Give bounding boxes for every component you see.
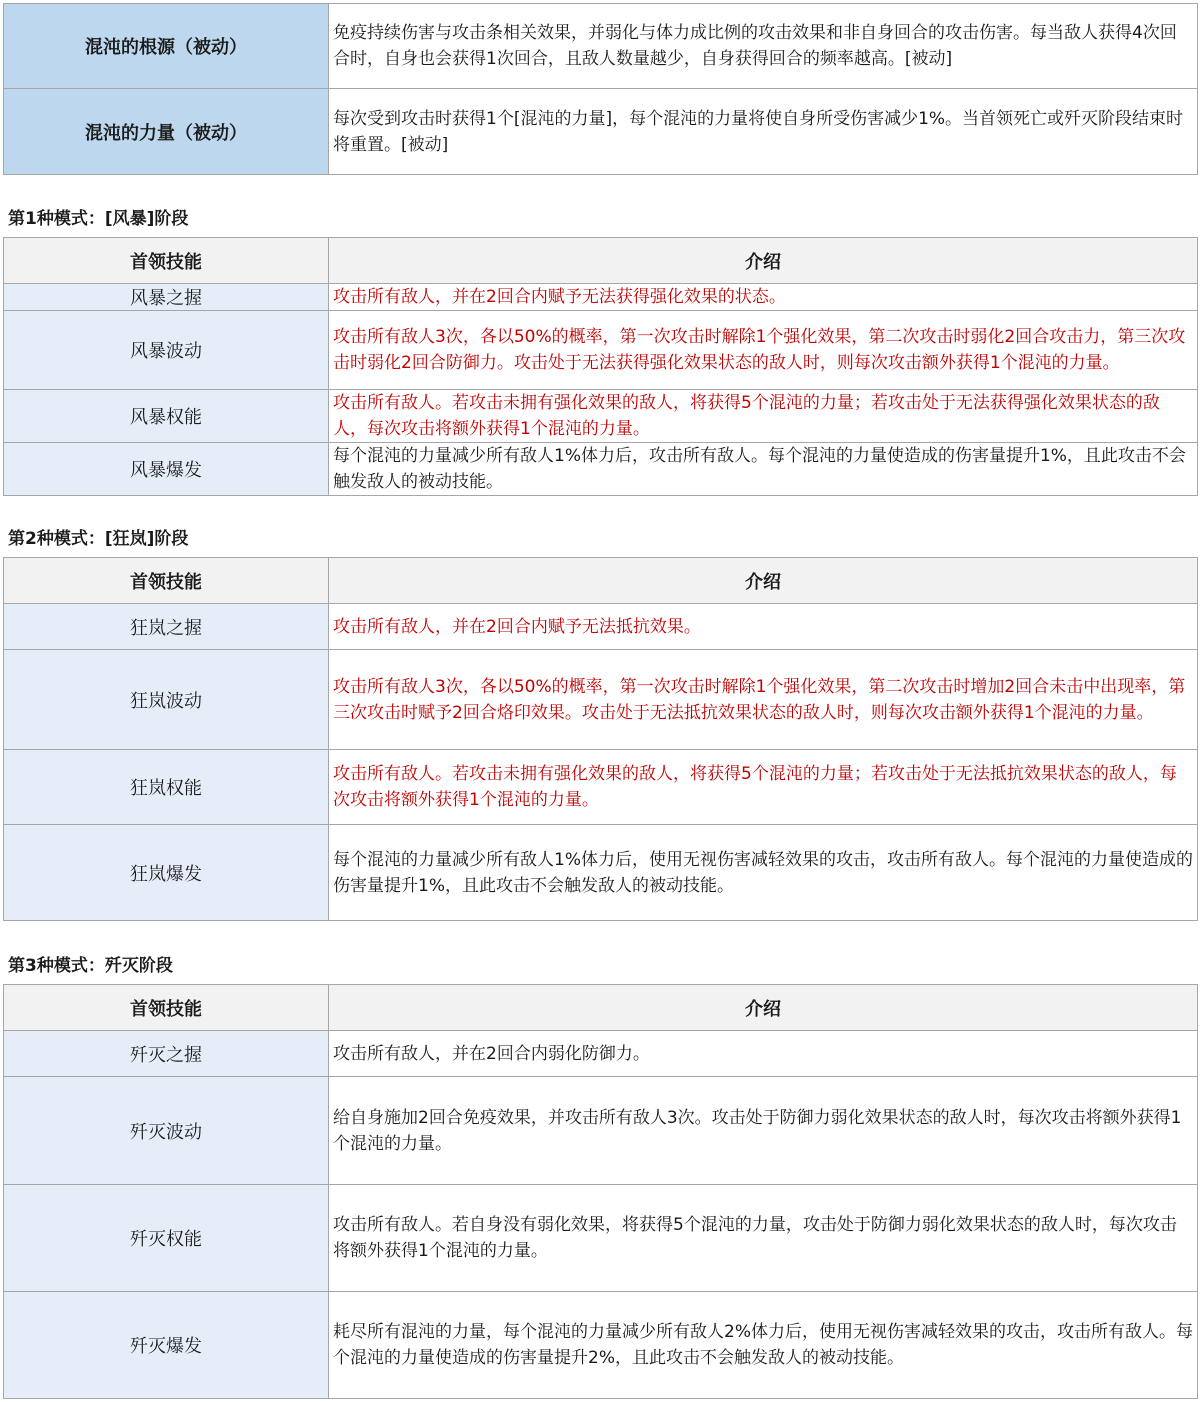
passive-desc: 免疫持续伤害与攻击条相关效果，并弱化与体力成比例的攻击效果和非自身回合的攻击伤害… xyxy=(329,4,1198,89)
column-header-skill: 首领技能 xyxy=(4,238,329,284)
table-header-row: 首领技能 介绍 xyxy=(4,985,1198,1031)
table-row: 狂岚权能 攻击所有敌人。若攻击未拥有强化效果的敌人，将获得5个混沌的力量；若攻击… xyxy=(4,750,1198,825)
skill-desc: 每个混沌的力量减少所有敌人1%体力后，攻击所有敌人。每个混沌的力量使造成的伤害量… xyxy=(329,443,1198,496)
table-row: 风暴波动 攻击所有敌人3次，各以50%的概率，第一次攻击时解除1个强化效果，第二… xyxy=(4,311,1198,390)
skill-name: 狂岚波动 xyxy=(4,650,329,750)
skill-name: 风暴权能 xyxy=(4,390,329,443)
skill-name: 歼灭爆发 xyxy=(4,1292,329,1399)
phase-1-table: 首领技能 介绍 风暴之握 攻击所有敌人，并在2回合内赋予无法获得强化效果的状态。… xyxy=(3,237,1198,496)
skill-desc: 攻击所有敌人。若自身没有弱化效果，将获得5个混沌的力量，攻击处于防御力弱化效果状… xyxy=(329,1185,1198,1292)
table-header-row: 首领技能 介绍 xyxy=(4,558,1198,604)
table-row: 混沌的力量（被动） 每次受到攻击时获得1个[混沌的力量]，每个混沌的力量将使自身… xyxy=(4,89,1198,175)
skill-desc: 给自身施加2回合免疫效果，并攻击所有敌人3次。攻击处于防御力弱化效果状态的敌人时… xyxy=(329,1077,1198,1185)
table-row: 风暴爆发 每个混沌的力量减少所有敌人1%体力后，攻击所有敌人。每个混沌的力量使造… xyxy=(4,443,1198,496)
skill-desc: 攻击所有敌人3次，各以50%的概率，第一次攻击时解除1个强化效果，第二次攻击时增… xyxy=(329,650,1198,750)
column-header-skill: 首领技能 xyxy=(4,985,329,1031)
skill-name: 歼灭波动 xyxy=(4,1077,329,1185)
skill-name: 风暴波动 xyxy=(4,311,329,390)
column-header-skill: 首领技能 xyxy=(4,558,329,604)
passive-name: 混沌的根源（被动） xyxy=(4,4,329,89)
skill-desc: 每个混沌的力量减少所有敌人1%体力后，使用无视伤害减轻效果的攻击，攻击所有敌人。… xyxy=(329,825,1198,921)
phase-title: 第2种模式：[狂岚]阶段 xyxy=(8,524,188,549)
table-row: 歼灭爆发 耗尽所有混沌的力量，每个混沌的力量减少所有敌人2%体力后，使用无视伤害… xyxy=(4,1292,1198,1399)
skill-desc: 耗尽所有混沌的力量，每个混沌的力量减少所有敌人2%体力后，使用无视伤害减轻效果的… xyxy=(329,1292,1198,1399)
skill-desc: 攻击所有敌人。若攻击未拥有强化效果的敌人，将获得5个混沌的力量；若攻击处于无法获… xyxy=(329,390,1198,443)
column-header-desc: 介绍 xyxy=(329,238,1198,284)
skill-name: 狂岚之握 xyxy=(4,604,329,650)
phase-2-table: 首领技能 介绍 狂岚之握 攻击所有敌人，并在2回合内赋予无法抵抗效果。 狂岚波动… xyxy=(3,557,1198,921)
passive-skills-table: 混沌的根源（被动） 免疫持续伤害与攻击条相关效果，并弱化与体力成比例的攻击效果和… xyxy=(3,3,1198,175)
skill-desc: 攻击所有敌人，并在2回合内弱化防御力。 xyxy=(329,1031,1198,1077)
skill-name: 狂岚权能 xyxy=(4,750,329,825)
table-row: 风暴之握 攻击所有敌人，并在2回合内赋予无法获得强化效果的状态。 xyxy=(4,284,1198,311)
column-header-desc: 介绍 xyxy=(329,985,1198,1031)
table-row: 歼灭权能 攻击所有敌人。若自身没有弱化效果，将获得5个混沌的力量，攻击处于防御力… xyxy=(4,1185,1198,1292)
table-row: 混沌的根源（被动） 免疫持续伤害与攻击条相关效果，并弱化与体力成比例的攻击效果和… xyxy=(4,4,1198,89)
skill-desc: 攻击所有敌人3次，各以50%的概率，第一次攻击时解除1个强化效果，第二次攻击时弱… xyxy=(329,311,1198,390)
skill-name: 歼灭之握 xyxy=(4,1031,329,1077)
table-row: 歼灭之握 攻击所有敌人，并在2回合内弱化防御力。 xyxy=(4,1031,1198,1077)
column-header-desc: 介绍 xyxy=(329,558,1198,604)
table-row: 狂岚之握 攻击所有敌人，并在2回合内赋予无法抵抗效果。 xyxy=(4,604,1198,650)
table-row: 狂岚波动 攻击所有敌人3次，各以50%的概率，第一次攻击时解除1个强化效果，第二… xyxy=(4,650,1198,750)
phase-title: 第1种模式：[风暴]阶段 xyxy=(8,204,188,229)
passive-name: 混沌的力量（被动） xyxy=(4,89,329,175)
table-row: 风暴权能 攻击所有敌人。若攻击未拥有强化效果的敌人，将获得5个混沌的力量；若攻击… xyxy=(4,390,1198,443)
table-header-row: 首领技能 介绍 xyxy=(4,238,1198,284)
skill-desc: 攻击所有敌人。若攻击未拥有强化效果的敌人，将获得5个混沌的力量；若攻击处于无法抵… xyxy=(329,750,1198,825)
skill-name: 风暴爆发 xyxy=(4,443,329,496)
skill-name: 歼灭权能 xyxy=(4,1185,329,1292)
skill-desc: 攻击所有敌人，并在2回合内赋予无法获得强化效果的状态。 xyxy=(329,284,1198,311)
table-row: 狂岚爆发 每个混沌的力量减少所有敌人1%体力后，使用无视伤害减轻效果的攻击，攻击… xyxy=(4,825,1198,921)
skill-name: 风暴之握 xyxy=(4,284,329,311)
phase-title: 第3种模式：歼灭阶段 xyxy=(8,951,173,976)
skill-desc: 攻击所有敌人，并在2回合内赋予无法抵抗效果。 xyxy=(329,604,1198,650)
passive-desc: 每次受到攻击时获得1个[混沌的力量]，每个混沌的力量将使自身所受伤害减少1%。当… xyxy=(329,89,1198,175)
skill-name: 狂岚爆发 xyxy=(4,825,329,921)
table-row: 歼灭波动 给自身施加2回合免疫效果，并攻击所有敌人3次。攻击处于防御力弱化效果状… xyxy=(4,1077,1198,1185)
phase-3-table: 首领技能 介绍 歼灭之握 攻击所有敌人，并在2回合内弱化防御力。 歼灭波动 给自… xyxy=(3,984,1198,1399)
